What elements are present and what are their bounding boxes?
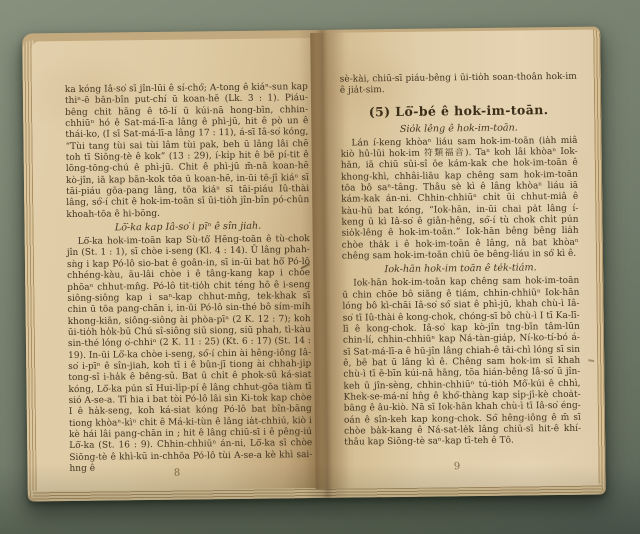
right-page-number: 9 [315, 460, 598, 474]
right-page-paragraph-2: Iok-hān hok-im-toān kap chêng sam hok-im… [342, 276, 581, 449]
left-page-paragraph-2: Lō͘-ka hok-im-toān kap Sù-tô͘ Hēng-toān … [67, 234, 313, 475]
left-page-paragraph-continuation: ka kóng Iâ-so͘ sī jîn-lūi ê sí-chó͘; A-t… [65, 82, 310, 221]
left-page-number: 8 [36, 466, 317, 480]
left-page-text-column: ka kóng Iâ-so͘ sī jîn-lūi ê sí-chó͘; A-t… [65, 82, 313, 475]
right-page-sub-heading-2: Iok-hān hok-im toān ê te̍k-tiám. [342, 262, 579, 277]
photo-background: ka kóng Iâ-so͘ sī jîn-lūi ê sí-chó͘; A-t… [0, 0, 640, 534]
ink-speck-mark [588, 359, 594, 362]
right-page-sub-heading-1: Sio̍k lêng ê hok-im-toān. [340, 121, 577, 136]
left-page-section-heading: Lō͘-ka kap Iâ-so͘ i pīⁿ ê sîn jiah. [66, 220, 309, 235]
open-book: ka kóng Iâ-so͘ sī jîn-lūi ê sí-chó͘; A-t… [22, 26, 606, 501]
right-page: sè-kài, chiū-sī piáu-bêng i ūi-tio̍h soa… [310, 30, 599, 489]
left-page: ka kóng Iâ-so͘ sī jîn-lūi ê sí-chó͘; A-t… [31, 38, 317, 491]
right-page-paragraph-continuation: sè-kài, chiū-sī piáu-bêng i ūi-tio̍h soa… [340, 72, 577, 98]
right-page-text-column: sè-kài, chiū-sī piáu-bêng i ūi-tio̍h soa… [340, 72, 582, 449]
right-page-paragraph-1: Lán í-keng khòaⁿ liáu sam hok-im-toān (i… [340, 135, 579, 263]
right-page-chapter-heading: (5) Lō͘-bé ê hok-im-toān. [340, 101, 577, 119]
